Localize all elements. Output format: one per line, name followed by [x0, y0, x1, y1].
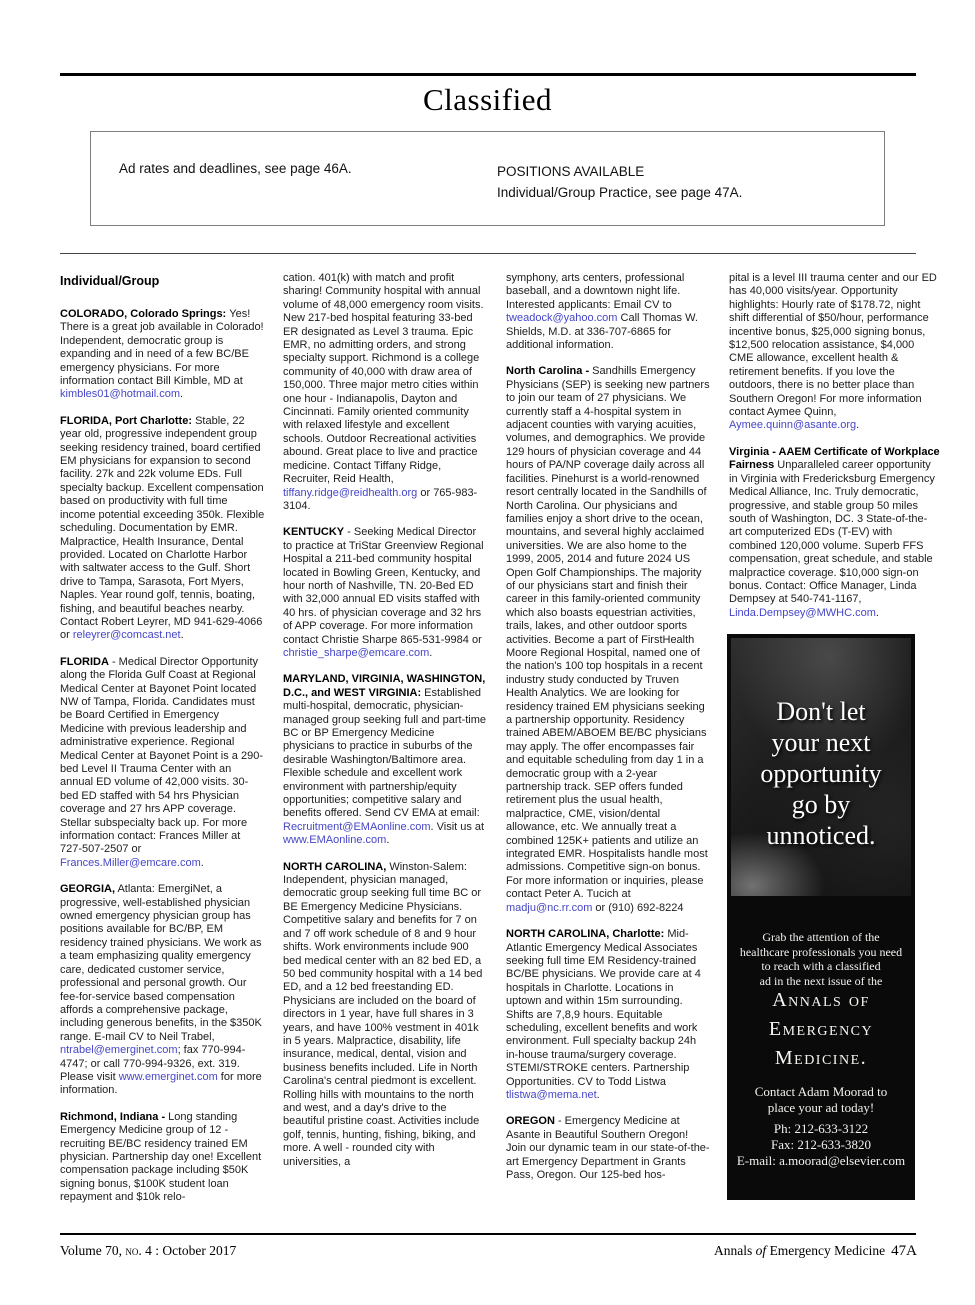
ad-text: .	[181, 629, 184, 641]
ad-text: cation. 401(k) with match and profit sha…	[283, 272, 484, 485]
contact-link[interactable]: tiffany.ridge@reidhealth.org	[283, 487, 417, 499]
ad-lead-in: NORTH CAROLINA,	[283, 861, 386, 873]
promo-headline-line: opportunity	[727, 758, 915, 789]
promo-headline-line: Don't let	[727, 696, 915, 727]
contact-link[interactable]: madju@nc.rr.com	[506, 902, 592, 914]
footer-journal-info: Annals of Emergency Medicine47A	[714, 1243, 917, 1260]
promo-contact-details-line: Ph: 212-633-3122	[727, 1121, 915, 1137]
classified-ad: Virginia - AAEM Certificate of Workplace…	[729, 446, 940, 620]
positions-available-title: POSITIONS AVAILABLE	[497, 161, 742, 182]
page-title: Classified	[0, 82, 975, 118]
contact-link[interactable]: ntrabel@emerginet.com	[60, 1044, 178, 1056]
classified-ad: North Carolina - Sandhills Emergency Phy…	[506, 365, 711, 915]
contact-link[interactable]: Frances.Miller@emcare.com	[60, 857, 201, 869]
promo-pitch-line: to reach with a classified	[727, 959, 915, 974]
contact-link[interactable]: Aymee.quinn@asante.org	[729, 419, 856, 431]
ad-text: Atlanta: EmergiNet, a progressive, well-…	[60, 883, 262, 1042]
ad-text: .	[597, 1089, 600, 1101]
classified-ad: cation. 401(k) with match and profit sha…	[283, 272, 488, 513]
promo-headline-line: your next	[727, 727, 915, 758]
positions-available-note: POSITIONS AVAILABLE Individual/Group Pra…	[497, 161, 742, 203]
footer-volume-text: Volume 70,	[60, 1243, 125, 1258]
promo-journal-name-line: Emergency	[727, 1015, 915, 1044]
column-2: cation. 401(k) with match and profit sha…	[283, 272, 488, 1218]
ad-text: Long standing Emergency Medicine group o…	[60, 1111, 261, 1203]
ad-text: Mid-Atlantic Emergency Medical Associate…	[506, 928, 701, 1087]
contact-link[interactable]: www.EMAonline.com	[283, 834, 386, 846]
promo-pitch: Grab the attention of thehealthcare prof…	[727, 930, 915, 988]
classified-ad: GEORGIA, Atlanta: EmergiNet, a progressi…	[60, 883, 265, 1098]
contact-link[interactable]: releyrer@comcast.net	[73, 629, 181, 641]
ad-text: .	[429, 647, 432, 659]
footer-volume-info: Volume 70, no. 4 : October 2017	[60, 1243, 236, 1259]
classified-ad: NORTH CAROLINA, Winston-Salem: Independe…	[283, 861, 488, 1169]
contact-link[interactable]: Linda.Dempsey@MWHC.com	[729, 607, 876, 619]
ad-lead-in: GEORGIA,	[60, 883, 115, 895]
columns-divider-rule	[60, 253, 916, 254]
ad-lead-in: NORTH CAROLINA, Charlotte:	[506, 928, 664, 940]
promo-contact-line: Contact Adam Moorad to	[727, 1084, 915, 1100]
ad-lead-in: KENTUCKY	[283, 526, 344, 538]
promo-contact-details-line: Fax: 212-633-3820	[727, 1137, 915, 1153]
contact-link[interactable]: www.emerginet.com	[119, 1071, 218, 1083]
contact-link[interactable]: tweadock@yahoo.com	[506, 312, 617, 324]
ad-text: .	[201, 857, 204, 869]
column-1: Individual/Group COLORADO, Colorado Spri…	[60, 272, 265, 1218]
ad-text: .	[856, 419, 859, 431]
promo-journal-name-line: Annals of	[727, 986, 915, 1015]
promo-contact-details: Ph: 212-633-3122Fax: 212-633-3820E-mail:…	[727, 1121, 915, 1169]
promo-journal-name: Annals ofEmergencyMedicine.	[727, 986, 915, 1073]
classified-ad: FLORIDA, Port Charlotte: Stable, 22 year…	[60, 415, 265, 643]
section-heading: Individual/Group	[60, 274, 265, 288]
contact-link[interactable]: christie_sharpe@emcare.com	[283, 647, 429, 659]
promo-contact-line: place your ad today!	[727, 1100, 915, 1116]
ad-lead-in: North Carolina -	[506, 365, 592, 377]
column-4: pital is a level III trauma center and o…	[729, 272, 940, 1218]
promo-journal-name-line: Medicine.	[727, 1044, 915, 1073]
contact-link[interactable]: kimbles01@hotmail.com	[60, 388, 180, 400]
footer-rule	[60, 1233, 916, 1235]
classified-ad: FLORIDA - Medical Director Opportunity a…	[60, 656, 265, 871]
contact-link[interactable]: Recruitment@EMAonline.com	[283, 821, 431, 833]
footer-journal-name: Emergency Medicine	[766, 1243, 885, 1258]
ad-lead-in: FLORIDA	[60, 656, 109, 668]
ad-text: pital is a level III trauma center and o…	[729, 272, 937, 418]
contact-link[interactable]: tlistwa@mema.net	[506, 1089, 597, 1101]
footer-journal-annals: Annals	[714, 1243, 756, 1258]
ad-text: Sandhills Emergency Physicians (SEP) is …	[506, 365, 710, 900]
ad-text: Stable, 22 year old, progressive indepen…	[60, 415, 264, 642]
ad-text: Established multi-hospital, democratic, …	[283, 687, 486, 820]
promo-contact-details-line: E-mail: a.moorad@elsevier.com	[727, 1153, 915, 1169]
top-rule	[60, 73, 916, 76]
classified-ad: COLORADO, Colorado Springs: Yes! There i…	[60, 308, 265, 402]
info-box: Ad rates and deadlines, see page 46A. PO…	[90, 131, 885, 226]
ad-lead-in: Richmond, Indiana -	[60, 1111, 168, 1123]
ad-lead-in: OREGON	[506, 1115, 555, 1127]
journal-promo-ad: Don't letyour nextopportunitygo byunnoti…	[727, 634, 915, 1200]
classified-ad: KENTUCKY - Seeking Medical Director to p…	[283, 526, 488, 660]
footer-issue-date: 4 : October 2017	[142, 1243, 236, 1258]
ad-text: or (910) 692-8224	[592, 902, 683, 914]
ad-text: Winston-Salem: Independent, physician ma…	[283, 861, 482, 1168]
ad-text: - Medical Director Opportunity along the…	[60, 656, 263, 856]
classified-ad: Richmond, Indiana - Long standing Emerge…	[60, 1111, 265, 1205]
classified-columns: Individual/Group COLORADO, Colorado Spri…	[60, 272, 940, 1218]
classified-ad: MARYLAND, VIRGINIA, WASHINGTON, D.C., an…	[283, 673, 488, 847]
classified-ad: pital is a level III trauma center and o…	[729, 272, 940, 433]
promo-pitch-line: healthcare professionals you need	[727, 945, 915, 960]
classified-ad: symphony, arts centers, professional bas…	[506, 272, 711, 352]
ad-text: .	[386, 834, 389, 846]
footer-no-smallcaps: no.	[125, 1243, 141, 1258]
column-3: symphony, arts centers, professional bas…	[506, 272, 711, 1218]
ad-rates-note: Ad rates and deadlines, see page 46A.	[119, 161, 352, 176]
promo-headline-line: unnoticed.	[727, 820, 915, 851]
classified-ad: NORTH CAROLINA, Charlotte: Mid-Atlantic …	[506, 928, 711, 1102]
ad-lead-in: COLORADO, Colorado Springs:	[60, 308, 229, 320]
promo-pitch-line: Grab the attention of the	[727, 930, 915, 945]
ad-text: .	[180, 388, 183, 400]
promo-headline-line: go by	[727, 789, 915, 820]
promo-contact: Contact Adam Moorad toplace your ad toda…	[727, 1084, 915, 1116]
ad-text: symphony, arts centers, professional bas…	[506, 272, 684, 311]
ad-text: .	[876, 607, 879, 619]
ad-text: Unparalleled career opportunity in Virgi…	[729, 459, 935, 605]
positions-available-sub: Individual/Group Practice, see page 47A.	[497, 182, 742, 203]
promo-headline: Don't letyour nextopportunitygo byunnoti…	[727, 696, 915, 851]
footer-page-number: 47A	[885, 1243, 917, 1259]
ad-text: . Visit us at	[431, 821, 485, 833]
classified-ad: OREGON - Emergency Medicine at Asante in…	[506, 1115, 711, 1182]
ad-text: - Seeking Medical Director to practice a…	[283, 526, 484, 645]
footer-journal-of: of	[756, 1243, 767, 1258]
ad-lead-in: FLORIDA, Port Charlotte:	[60, 415, 195, 427]
